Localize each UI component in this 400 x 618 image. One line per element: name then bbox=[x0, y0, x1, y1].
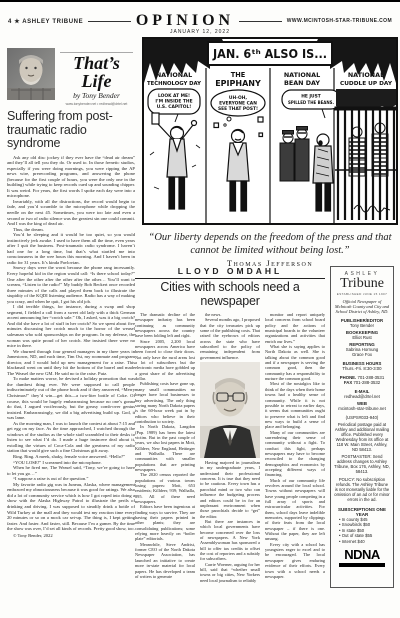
divider bbox=[88, 21, 131, 22]
article-paragraph: Carrie Woerner, arguing for her bill, sa… bbox=[200, 562, 260, 583]
thats-life-column: That’s Life by Tony Bender www.tonybende… bbox=[7, 48, 135, 617]
tony-bender-photo bbox=[7, 48, 55, 100]
panel-heading: NATIONAL bbox=[348, 71, 384, 79]
policy-note: POLICY: No subscription refunds. The Ash… bbox=[334, 478, 390, 503]
section-title: OPINION bbox=[136, 12, 234, 30]
role-name: Grace Fox bbox=[334, 352, 390, 357]
column-title: That’s Life bbox=[58, 54, 135, 90]
usps-number: (USPS#033-940) bbox=[334, 415, 390, 420]
speech-bubble bbox=[282, 90, 340, 109]
issue-date: JANUARY 12, 2022 bbox=[0, 29, 400, 35]
article-paragraph: Having majored in journalism in my under… bbox=[200, 460, 260, 519]
panel-heading: TECHNOLOGY DAY bbox=[147, 81, 201, 87]
article-paragraph: monitor and report uniquely local concer… bbox=[265, 312, 325, 344]
postmaster-note: POSTMASTER: Send address changes to Ashl… bbox=[334, 455, 390, 475]
article-column-2: the news. Several months ago, I proposed… bbox=[200, 312, 260, 614]
header-row: 4 ★ ASHLEY TRIBUNE OPINION WWW.MCINTOSH-… bbox=[8, 12, 392, 30]
article-paragraph: Publishing costs have gone up, many smal… bbox=[135, 381, 195, 424]
article-paragraph: Several months ago, I proposed that the … bbox=[200, 317, 260, 360]
panel-heading: THE bbox=[231, 71, 246, 79]
cartoon-title: JAN. 6ᵗʰ ALSO IS... bbox=[212, 47, 327, 61]
role-name: Tony Bender bbox=[334, 323, 390, 328]
omdahl-article: LLOYD OMDAHL Cities with schools need a … bbox=[135, 266, 325, 614]
role-label: PUBLISHER/EDITOR bbox=[334, 318, 390, 323]
body-paragraph: When he fired me, The Weasel said, “Tony… bbox=[7, 465, 135, 476]
body-paragraph: Ask any old disc jockey if they ever hav… bbox=[7, 155, 135, 199]
panel-heading: CUDDLE UP DAY bbox=[340, 81, 392, 87]
page-number-label: 4 ★ ASHLEY TRIBUNE bbox=[8, 18, 83, 25]
subscriptions-title: SUBSCRIPTIONS ONE YEAR bbox=[334, 507, 390, 517]
masthead-established: ESTABLISHED JUNE 15 1907 bbox=[334, 292, 390, 296]
bubble-text: HE JUST bbox=[301, 94, 321, 100]
newspaper-page: 4 ★ ASHLEY TRIBUNE OPINION WWW.MCINTOSH-… bbox=[0, 0, 400, 618]
article-paragraph: Meanwhile, Steve Andrist, former CEO of … bbox=[135, 542, 195, 579]
masthead-paper-name: Tribune bbox=[334, 277, 390, 291]
copyright-line: © Tony Bender, 2022 bbox=[7, 533, 135, 539]
divider bbox=[239, 21, 282, 22]
hours-value: Thurs.-Fri. 8:30-3:00 bbox=[334, 366, 390, 371]
bubble-text: LOOK AT ME! bbox=[158, 93, 190, 99]
article-paragraph: Most of the nostalgics like to think of … bbox=[265, 381, 325, 429]
quote-text: “Our liberty depends on the freedom of t… bbox=[142, 232, 398, 257]
column-title-block: That’s Life by Tony Bender www.tonybende… bbox=[58, 48, 135, 106]
panel-heading: NATIONAL bbox=[156, 71, 192, 79]
article-paragraph: The dramatic decline of the newspaper in… bbox=[135, 312, 195, 339]
role-name: Elliot Rust bbox=[334, 335, 390, 340]
article-column-1: The dramatic decline of the newspaper in… bbox=[135, 312, 195, 614]
column-body: Ask any old disc jockey if they ever hav… bbox=[7, 155, 135, 617]
top-border bbox=[0, 0, 400, 2]
bubble-text: SPILLED THE BEANS. bbox=[288, 100, 334, 106]
columnist-contact: www.tonybender.net • redhead@drtel.net bbox=[58, 102, 135, 106]
masthead-box: ASHLEY Tribune ESTABLISHED JUNE 15 1907 … bbox=[330, 266, 394, 588]
divider bbox=[135, 278, 325, 279]
ndna-logo-bar bbox=[339, 563, 385, 567]
columnist-name: LLOYD OMDAHL bbox=[135, 266, 325, 276]
website-url: WWW.MCINTOSH-STAR-TRIBUNE.COM bbox=[287, 18, 392, 24]
column-headline: Suffering from post-traumatic radio synd… bbox=[7, 110, 135, 151]
article-paragraph: But there are instances in which local g… bbox=[200, 519, 260, 562]
article-paragraph: Much of our community life revolves arou… bbox=[265, 478, 325, 542]
body-paragraph: You’d be sleeping and it would be too qu… bbox=[7, 232, 135, 265]
panel-heading: NATIONAL bbox=[284, 71, 320, 79]
body-paragraph: Invariably, with all the distractions, t… bbox=[7, 199, 135, 227]
article-paragraph: Many of our communities are surrendering… bbox=[265, 430, 325, 478]
panel-heading: EPIPHANY bbox=[215, 79, 261, 88]
article-column-3: monitor and report uniquely local concer… bbox=[265, 312, 325, 614]
body-paragraph: Snowy days were the worst because the ph… bbox=[7, 265, 135, 304]
body-paragraph: Ring. Ring. A meek, shaky, female voice … bbox=[7, 454, 135, 460]
fax-line: FAX 701-288-3532 bbox=[334, 380, 390, 385]
cartoon-panel-cuddle-up-day: NATIONAL CUDDLE UP DAY bbox=[335, 71, 397, 220]
panel-heading: BEAN DAY bbox=[284, 79, 320, 87]
bubble-text: I’M INSIDE THE bbox=[155, 99, 192, 105]
postal-info: Periodical postage paid at Ashley and ad… bbox=[334, 423, 390, 452]
article-paragraph: In North Dakota, Langdon (Pop. 1989) has… bbox=[135, 424, 195, 472]
article-paragraph: Editors have been ingenious at finding w… bbox=[135, 504, 195, 541]
body-paragraph: My favorite radio gig was in Juneau, Ala… bbox=[7, 482, 135, 532]
bubble-text: SEE THAT POST! bbox=[218, 106, 258, 112]
body-paragraph: To make matters worse, he devised a holi… bbox=[7, 376, 135, 420]
email-value: redhead@drtel.net bbox=[334, 394, 390, 399]
article-paragraph: The 2020 census reported the populations… bbox=[135, 472, 195, 504]
column-masthead: That’s Life by Tony Bender www.tonybende… bbox=[7, 48, 135, 106]
pull-quote: “Our liberty depends on the freedom of t… bbox=[142, 232, 398, 268]
article-headline: Cities with schools need a newspaper bbox=[135, 280, 325, 308]
article-paragraph: Since 2005, 2,200 local newspapers acros… bbox=[135, 339, 195, 382]
ndna-logo: NDNA bbox=[334, 547, 390, 562]
subscription-item: • Internet $40 bbox=[334, 539, 390, 544]
jail-bars bbox=[335, 107, 397, 220]
fax-label: FAX bbox=[344, 380, 352, 385]
article-columns: The dramatic decline of the newspaper in… bbox=[135, 312, 325, 614]
official-newspaper-note: Official Newspaper of McIntosh County an… bbox=[334, 299, 390, 315]
article-paragraph: What she is saying applies to North Dako… bbox=[265, 344, 325, 381]
body-paragraph: I did terrible things, for instance, dur… bbox=[7, 304, 135, 348]
bubble-text: UH-OH, bbox=[229, 95, 247, 101]
body-paragraph: We churned through four general managers… bbox=[7, 349, 135, 377]
body-paragraph: As the morning man, I was to launch the … bbox=[7, 421, 135, 454]
bubble-text: U.S. CAPITOL! bbox=[157, 104, 192, 110]
bubble-text: EVERYONE CAN bbox=[219, 101, 257, 107]
column-byline: by Tony Bender bbox=[58, 91, 135, 100]
web-value: mcintosh-star-tribune.net bbox=[334, 406, 390, 411]
cell-shadow-art bbox=[336, 89, 396, 109]
editorial-cartoon: JAN. 6ᵗʰ ALSO IS... NATIONAL TECHNOLOGY … bbox=[142, 37, 398, 225]
article-paragraph: Every city with a school has youngsters … bbox=[265, 542, 325, 579]
lloyd-omdahl-photo bbox=[200, 362, 260, 458]
fax-number: 701-288-3532 bbox=[353, 380, 380, 385]
